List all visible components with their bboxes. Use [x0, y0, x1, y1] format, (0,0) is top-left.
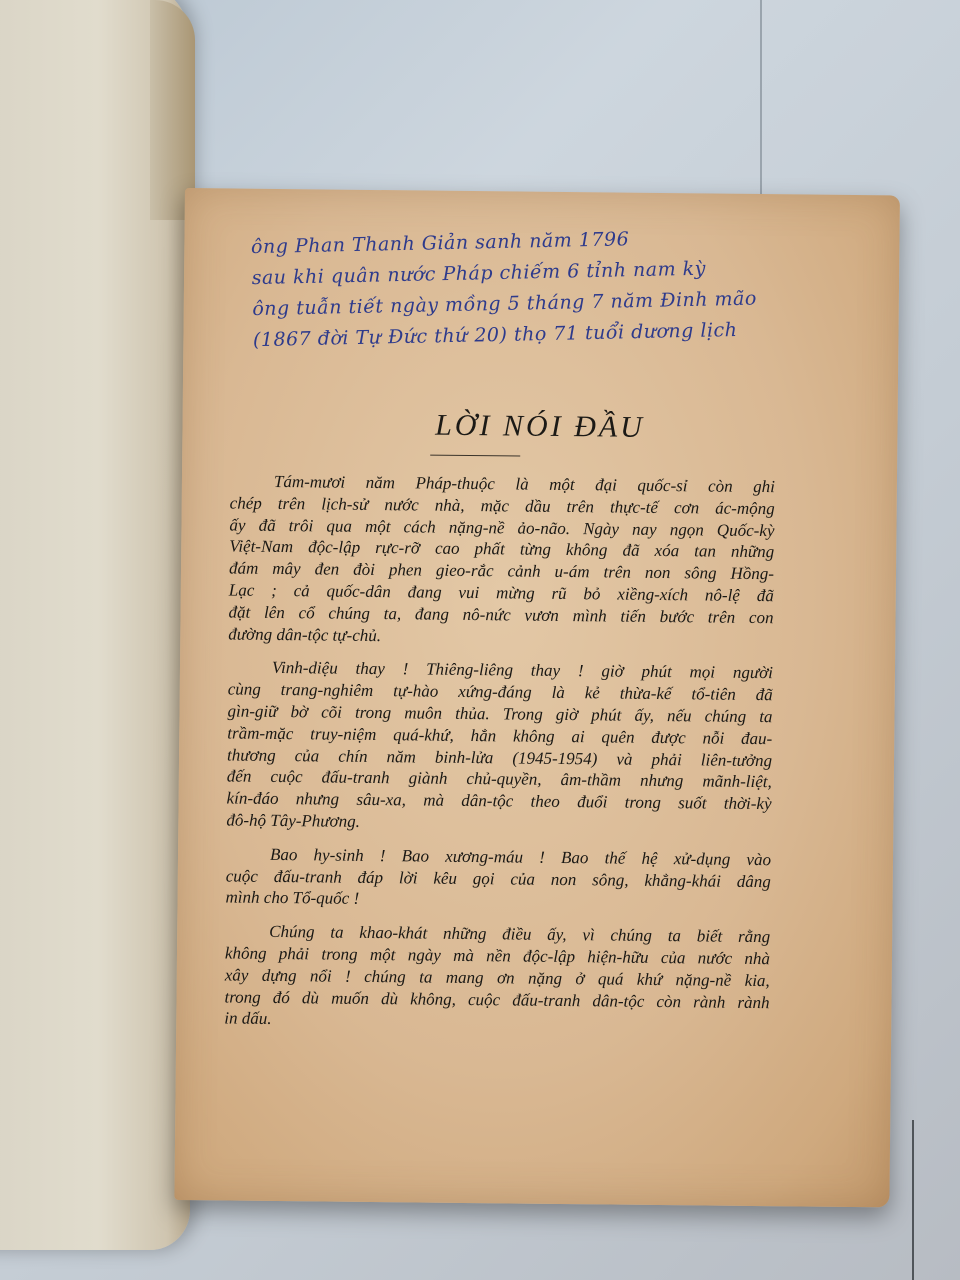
body-text: Tám-mươi năm Pháp-thuộc là một đại quốc-…	[224, 470, 775, 1047]
book-page: ông Phan Thanh Giản sanh năm 1796 sau kh…	[174, 188, 900, 1207]
table-edge	[912, 1120, 914, 1280]
paragraph: Chúng ta khao-khát những điều ấy, vì chú…	[224, 921, 770, 1036]
paragraph: Vinh-diệu thay ! Thiêng-liêng thay ! giờ…	[226, 657, 773, 837]
paragraph: Bao hy-sinh ! Bao xương-máu ! Bao thế hệ…	[225, 843, 771, 914]
handwritten-note: ông Phan Thanh Giản sanh năm 1796 sau kh…	[251, 220, 853, 357]
facing-page-edge	[150, 0, 195, 220]
title-underline	[430, 455, 520, 457]
page-title: LỜI NÓI ĐẦU	[182, 406, 897, 447]
paragraph: Tám-mươi năm Pháp-thuộc là một đại quốc-…	[228, 470, 775, 650]
table-edge	[760, 0, 762, 200]
